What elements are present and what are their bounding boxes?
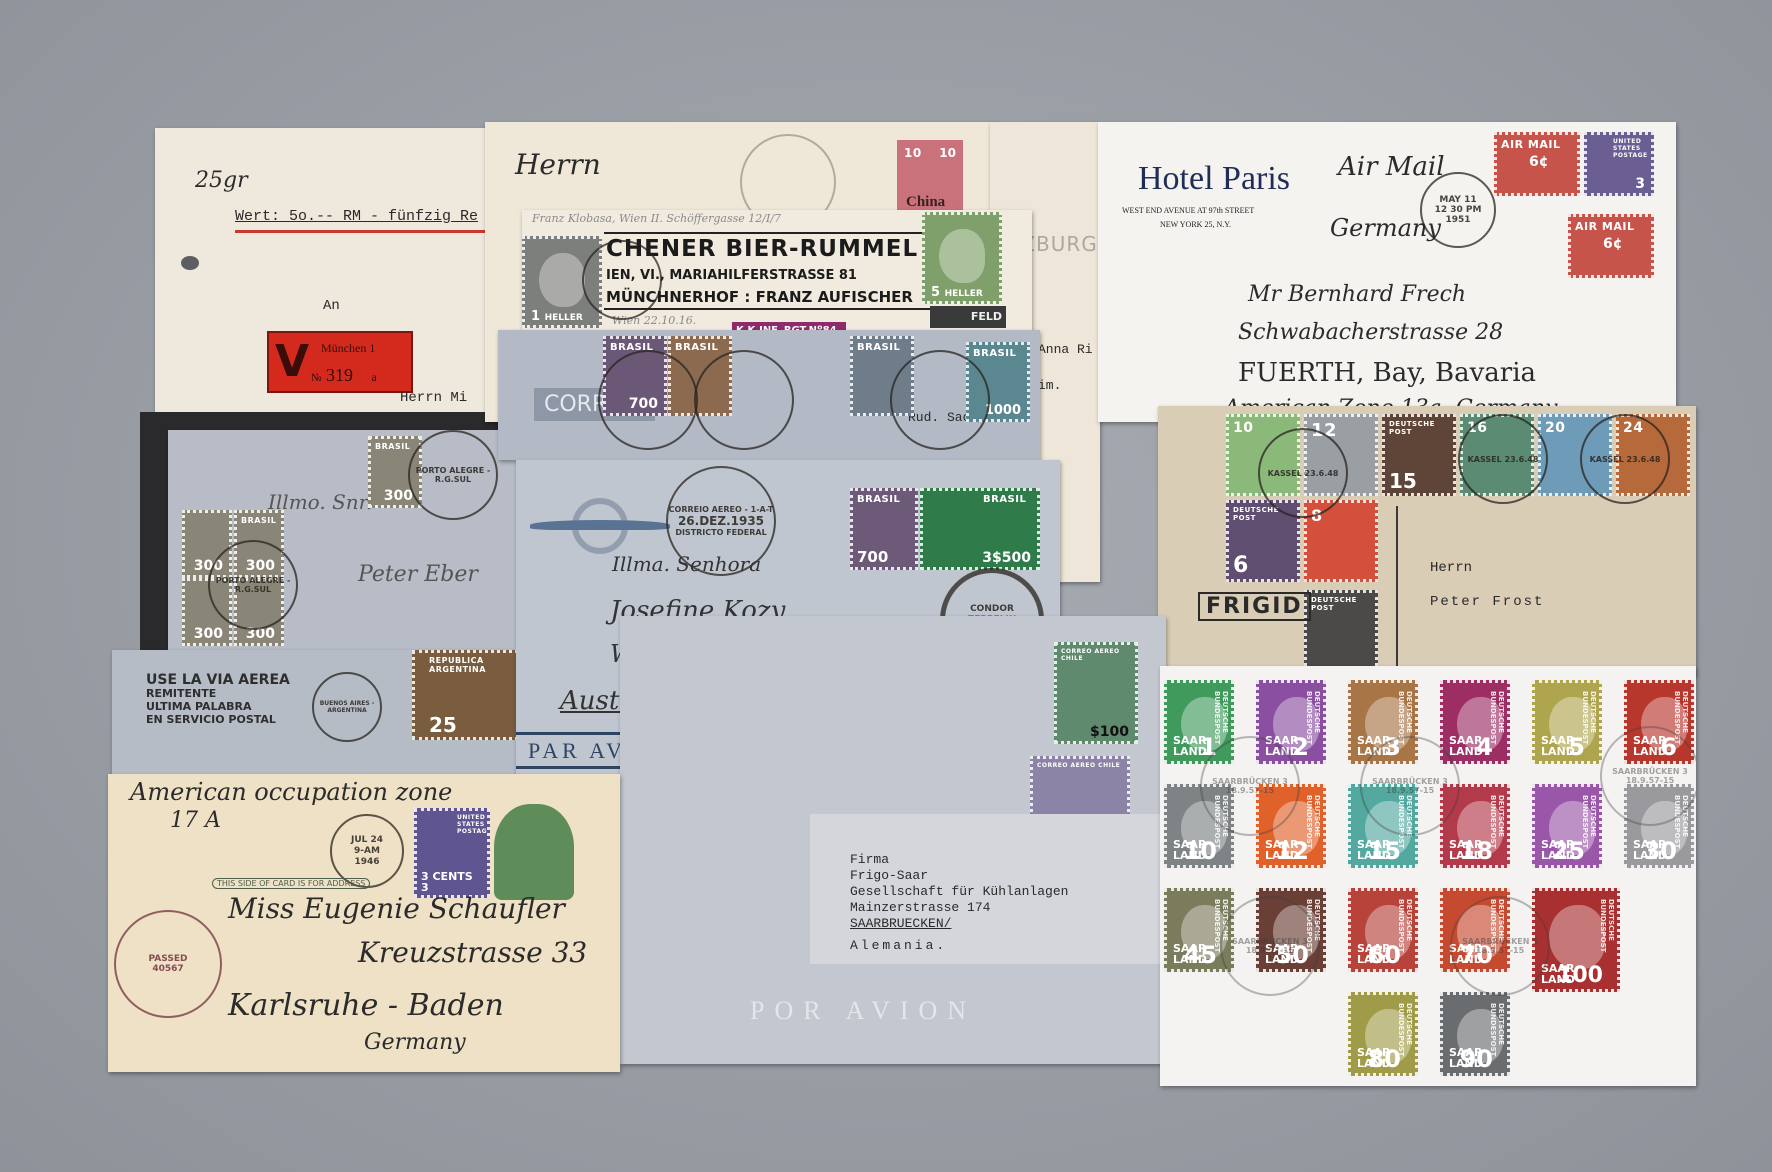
porto-alegre-cover: Illmo. Snr. Peter Eber 300 300 BRASIL300…: [168, 430, 518, 650]
typed-line: Anna Ri: [1038, 342, 1093, 357]
postmark-text: KASSEL 23.6.48: [1268, 469, 1339, 478]
stamp-value: 2: [1292, 735, 1309, 759]
stamp-value: 10: [1233, 420, 1253, 436]
saarbruecken-postmark: SAARBRÜCKEN 3 18.9.57-15: [1600, 726, 1696, 826]
recipient-name: Peter Frost: [1430, 594, 1544, 610]
heuss-portrait: [1549, 905, 1605, 969]
postmark-text: PORTO ALEGRE - R.G.SUL: [210, 576, 296, 594]
kassel-postmark: KASSEL 23.6.48: [1458, 414, 1548, 504]
kassel-postcard: 10 12 DEUTSCHE POST15 16 20 24 DEUTSCHE …: [1158, 406, 1696, 676]
us-postcard: American occupation zone 17 A JUL 24 9-A…: [108, 774, 620, 1072]
stamp-label: AIR MAIL: [1575, 220, 1634, 233]
frigid-imprint: FRIGID: [1198, 592, 1311, 621]
stamp-label: AIR MAIL: [1501, 138, 1560, 151]
vienna-postmark: [582, 240, 662, 320]
stamp-value-right: 10: [939, 146, 956, 160]
recipient-name-start: Peter Eber: [358, 562, 478, 587]
stamp-value: 10: [1184, 839, 1217, 863]
address-line: Kreuzstrasse 33: [358, 936, 587, 969]
slogan-line: REMITENTE: [146, 687, 290, 700]
number-suffix: a: [372, 370, 377, 384]
slogan-line: ULTIMA PALABRA: [146, 700, 290, 713]
stamp-value: 100: [1557, 965, 1603, 987]
us-airmail-stamp-6c: AIR MAIL6¢: [1568, 214, 1654, 278]
stamp-value: 6¢: [1603, 237, 1645, 251]
new-york-postmark: MAY 11 12 30 PM 1951: [1420, 172, 1496, 248]
unit: HELLER: [945, 289, 983, 299]
stamp-value: 4: [1476, 735, 1493, 759]
stamp-value-left: 10: [904, 146, 922, 160]
value: 1: [531, 309, 540, 324]
hotel-name: Hotel Paris: [1138, 160, 1290, 198]
postmark-time: 12 30 PM: [1435, 205, 1482, 215]
stamp-value: 1 HELLER: [531, 310, 583, 323]
airmail-postmark: [598, 350, 698, 450]
stamp-value: 25: [429, 715, 457, 735]
recipient-label: Herrn: [1430, 560, 1472, 576]
registration-letter: V: [275, 337, 309, 387]
chile-airmail-stamp-100: CORREO AEREO CHILE$100: [1054, 642, 1138, 744]
stamp-text: DEUTSCHE POST: [1311, 596, 1375, 612]
postmark-year: 1951: [1445, 215, 1470, 225]
censor-status: PASSED: [149, 954, 188, 964]
divider-line: [1396, 506, 1398, 676]
us-stamp-3-cents: UNITED STATES POSTAGE3 CENTS 3: [414, 808, 490, 898]
port-chester-postmark: JUL 24 9-AM 1946: [330, 814, 404, 888]
stamp-country: BRASIL: [857, 494, 900, 505]
stamp-value: 6¢: [1529, 155, 1571, 169]
stamp-text: DEUTSCHE POST: [1389, 420, 1453, 436]
postmark-text: BUENOS AIRES - ARGENTINA: [314, 700, 380, 714]
saarbruecken-postmark: SAARBRÜCKEN 3 18.9.57-15: [1200, 736, 1300, 836]
address-line: Mr Bernhard Frech: [1248, 282, 1466, 307]
registered-cover: 25gr Wert: 5o.-- RM - fünfzig Re An V Mü…: [155, 128, 525, 428]
hotel-address-line-1: WEST END AVENUE AT 97th STREET: [1122, 206, 1254, 215]
stamp-value: 80: [1368, 1047, 1401, 1071]
airmail-postmark: [890, 350, 990, 450]
us-stamp-3c: UNITED STATES POSTAGE3: [1584, 132, 1654, 196]
registration-label: V München 1 № 319 a: [267, 331, 413, 393]
deutsche-post-stamp: DEUTSCHE POST15: [1382, 414, 1456, 496]
stamp-value: 6: [1233, 555, 1248, 577]
stamp-value: 25: [1552, 839, 1585, 863]
saarland-heuss-stamp: SAARLAND DEUTSCHE BUNDESPOST 90: [1440, 992, 1510, 1076]
portrait: [539, 253, 585, 307]
typed-line: im.: [1038, 378, 1061, 393]
handwritten-sender: Franz Klobasa, Wien II. Schöffergasse 12…: [532, 212, 781, 225]
top-rule: [604, 232, 944, 234]
postmark-time: 9-AM: [354, 846, 380, 857]
argentina-cover: USE LA VIA AEREA REMITENTE ULTIMA PALABR…: [112, 650, 532, 780]
weight-note: 25gr: [195, 168, 248, 193]
stamp-value: 15: [1368, 839, 1401, 863]
stamp-country: BRASIL: [675, 342, 718, 353]
postmark-bottom: DISTRICTO FEDERAL: [675, 528, 766, 537]
saarbruecken-postmark: SAARBRÜCKEN 3 18.9.57-15: [1450, 896, 1550, 996]
address-line: Frigo-Saar: [850, 868, 1068, 884]
stamp-label: UNITED STATES POSTAGE: [1613, 138, 1651, 159]
stamp-value: $100: [1090, 725, 1129, 739]
registration-office: München 1: [321, 341, 375, 356]
hotel-address-line-2: NEW YORK 25, N.Y.: [1160, 220, 1231, 229]
address-line: Illma. Senhora: [612, 552, 761, 576]
stamp-value: 15: [1389, 471, 1417, 491]
stamp-label: CORREO AEREO CHILE: [1061, 648, 1135, 662]
stamp-value: 5: [1568, 735, 1585, 759]
postmark-date: MAY 11: [1439, 195, 1476, 205]
value-declaration: Wert: 5o.-- RM - fünfzig Re: [235, 208, 478, 225]
portrait: [939, 229, 985, 283]
germania-china-stamp: 10 10 China: [897, 140, 963, 218]
recipient-start: Herrn Mi: [400, 390, 467, 406]
frigo-address: Firma Frigo-Saar Gesellschaft für Kühlan…: [850, 852, 1068, 954]
kassel-postmark: KASSEL 23.6.48: [1580, 414, 1670, 504]
logo-wings: [530, 520, 670, 530]
stamp-country: BRASIL: [973, 348, 1016, 359]
stamp-label: UNITED STATES POSTAGE: [457, 814, 490, 835]
bottom-rule: [604, 308, 944, 310]
stamp-value: 18: [1460, 839, 1493, 863]
argentina-stamp-25: REPUBLICA ARGENTINA25: [412, 650, 530, 740]
punch-hole: [181, 256, 199, 270]
cachet-line: CONDOR: [970, 604, 1014, 615]
unit: HELLER: [545, 313, 583, 323]
postmark-date: JUL 24: [351, 835, 383, 846]
civil-censorship-stamp: PASSED 40567: [114, 910, 222, 1018]
slogan-line: EN SERVICIO POSTAL: [146, 713, 290, 726]
stamp-value: 3 CENTS 3: [421, 871, 481, 893]
stamp-value: 300: [384, 489, 413, 503]
address-line: Mainzerstrasse 174: [850, 900, 1068, 916]
postmark-text: PORTO ALEGRE - R.G.SUL: [410, 466, 496, 484]
to-label: An: [323, 298, 340, 314]
stamp-value: 300: [194, 627, 223, 641]
stamp-country: BRASIL: [983, 494, 1026, 505]
address-side-label: THIS SIDE OF CARD IS FOR ADDRESS: [212, 878, 370, 889]
feld-strip: FELD: [930, 306, 1006, 328]
saarland-heuss-stamp: SAARLAND DEUTSCHE BUNDESPOST 4: [1440, 680, 1510, 764]
airmail-postmark: [694, 350, 794, 450]
address-line: Karlsruhe - Baden: [228, 988, 504, 1023]
stamp-value: 12: [1276, 839, 1309, 863]
stamp-value: 3$500: [982, 551, 1031, 565]
stamp-value: 30: [1644, 839, 1677, 863]
postmark-year: 1946: [354, 857, 379, 868]
value: 5: [931, 285, 940, 300]
saarland-heuss-stamp: SAARLAND DEUTSCHE BUNDESPOST 5: [1532, 680, 1602, 764]
postmark-text: KASSEL 23.6.48: [1468, 455, 1539, 464]
address-line: Gesellschaft für Kühlanlagen: [850, 884, 1068, 900]
postmark-date: 26.DEZ.1935: [678, 514, 764, 528]
number-prefix: №: [311, 372, 322, 384]
condor-logo: [530, 498, 670, 558]
address-line: Schwabacherstrasse 28: [1238, 320, 1503, 345]
greeting: Herrn: [515, 148, 601, 181]
bier-rummel-cover: Franz Klobasa, Wien II. Schöffergasse 12…: [522, 210, 1032, 340]
brazil-airmail-cover: CORREIO Rud. Sack BRASIL700 BRASIL BRASI…: [498, 330, 1040, 460]
stamp-value: 700: [857, 550, 888, 565]
us-airmail-stamp-6c: AIR MAIL6¢: [1494, 132, 1580, 196]
postmark-top: CORREIO AEREO - 1-A-T: [669, 505, 774, 514]
address-line: Germany: [364, 1030, 466, 1055]
frigo-saar-cover: CORREO AEREO CHILE$100 CORREO AEREO CHIL…: [620, 616, 1166, 1064]
buenos-aires-postmark: BUENOS AIRES - ARGENTINA: [312, 672, 382, 742]
deutsche-post-stamp: DEUTSCHE POST: [1304, 590, 1378, 672]
stamp-value: 90: [1460, 1047, 1493, 1071]
occupation-note: American occupation zone: [130, 778, 452, 806]
saarland-heuss-stamp: SAARLAND DEUTSCHE BUNDESPOST 80: [1348, 992, 1418, 1076]
address-line: SAARBRUECKEN/: [850, 916, 1068, 932]
stamp-country: BRASIL: [241, 516, 276, 525]
slogan-box: USE LA VIA AEREA REMITENTE ULTIMA PALABR…: [146, 674, 290, 726]
brazil-airmail-stamp-3500: BRASIL3$500: [920, 488, 1040, 570]
stamp-value: 3: [1635, 177, 1645, 191]
address-line: FUERTH, Bay, Bavaria: [1238, 358, 1536, 388]
saarland-heuss-stamp: SAARLAND DEUTSCHE BUNDESPOST 25: [1532, 784, 1602, 868]
imprinted-green-stamp: [494, 804, 574, 900]
routing-note: Air Mail: [1338, 152, 1445, 182]
austrian-stamp-5-heller: 5 HELLER: [922, 212, 1002, 304]
stamp-value: 45: [1184, 943, 1217, 967]
address-line: Alemania.: [850, 938, 1068, 954]
por-avion-watermark: POR AVION: [750, 996, 976, 1026]
stamp-country: BRASIL: [375, 442, 410, 451]
red-underline: [235, 230, 525, 233]
saarbruecken-postmark: SAARBRÜCKEN 3 18.9.57-15: [1220, 896, 1320, 996]
stamp-value: 60: [1368, 943, 1401, 967]
hotel-paris-cover: Hotel Paris WEST END AVENUE AT 97th STRE…: [1098, 122, 1676, 422]
china-overprint: China: [906, 194, 945, 211]
address-line: Miss Eugenie Schaufler: [228, 892, 565, 925]
kassel-postmark: KASSEL 23.6.48: [1258, 428, 1348, 518]
stamp-label: CORREO AEREO CHILE: [1037, 762, 1120, 769]
stamp-country: BRASIL: [857, 342, 900, 353]
occupation-note-zone: 17 A: [170, 808, 221, 833]
saarland-heuss-stamp: SAARLAND DEUTSCHE BUNDESPOST 60: [1348, 888, 1418, 972]
address-line: Firma: [850, 852, 1068, 868]
saarbruecken-postmark: SAARBRÜCKEN 3 18.9.57-15: [1360, 736, 1460, 836]
porto-alegre-postmark-2: PORTO ALEGRE - R.G.SUL: [208, 540, 298, 630]
stamp-value: 1000: [985, 404, 1021, 417]
number: 319: [326, 365, 353, 385]
registration-number: № 319 a: [311, 365, 377, 386]
stamp-value: 5 HELLER: [931, 286, 983, 299]
saarland-sheet: SAARLAND DEUTSCHE BUNDESPOST 1 SAARLAND …: [1160, 666, 1696, 1086]
postmark-text: KASSEL 23.6.48: [1590, 455, 1661, 464]
brazil-stamp-700: BRASIL700: [850, 488, 918, 570]
porto-alegre-postmark: PORTO ALEGRE - R.G.SUL: [408, 430, 498, 520]
censor-number: 40567: [152, 964, 183, 974]
stamp-value: 20: [1545, 420, 1565, 436]
stamp-country: REPUBLICA ARGENTINA: [429, 656, 527, 674]
slogan-line: USE LA VIA AEREA: [146, 674, 290, 687]
